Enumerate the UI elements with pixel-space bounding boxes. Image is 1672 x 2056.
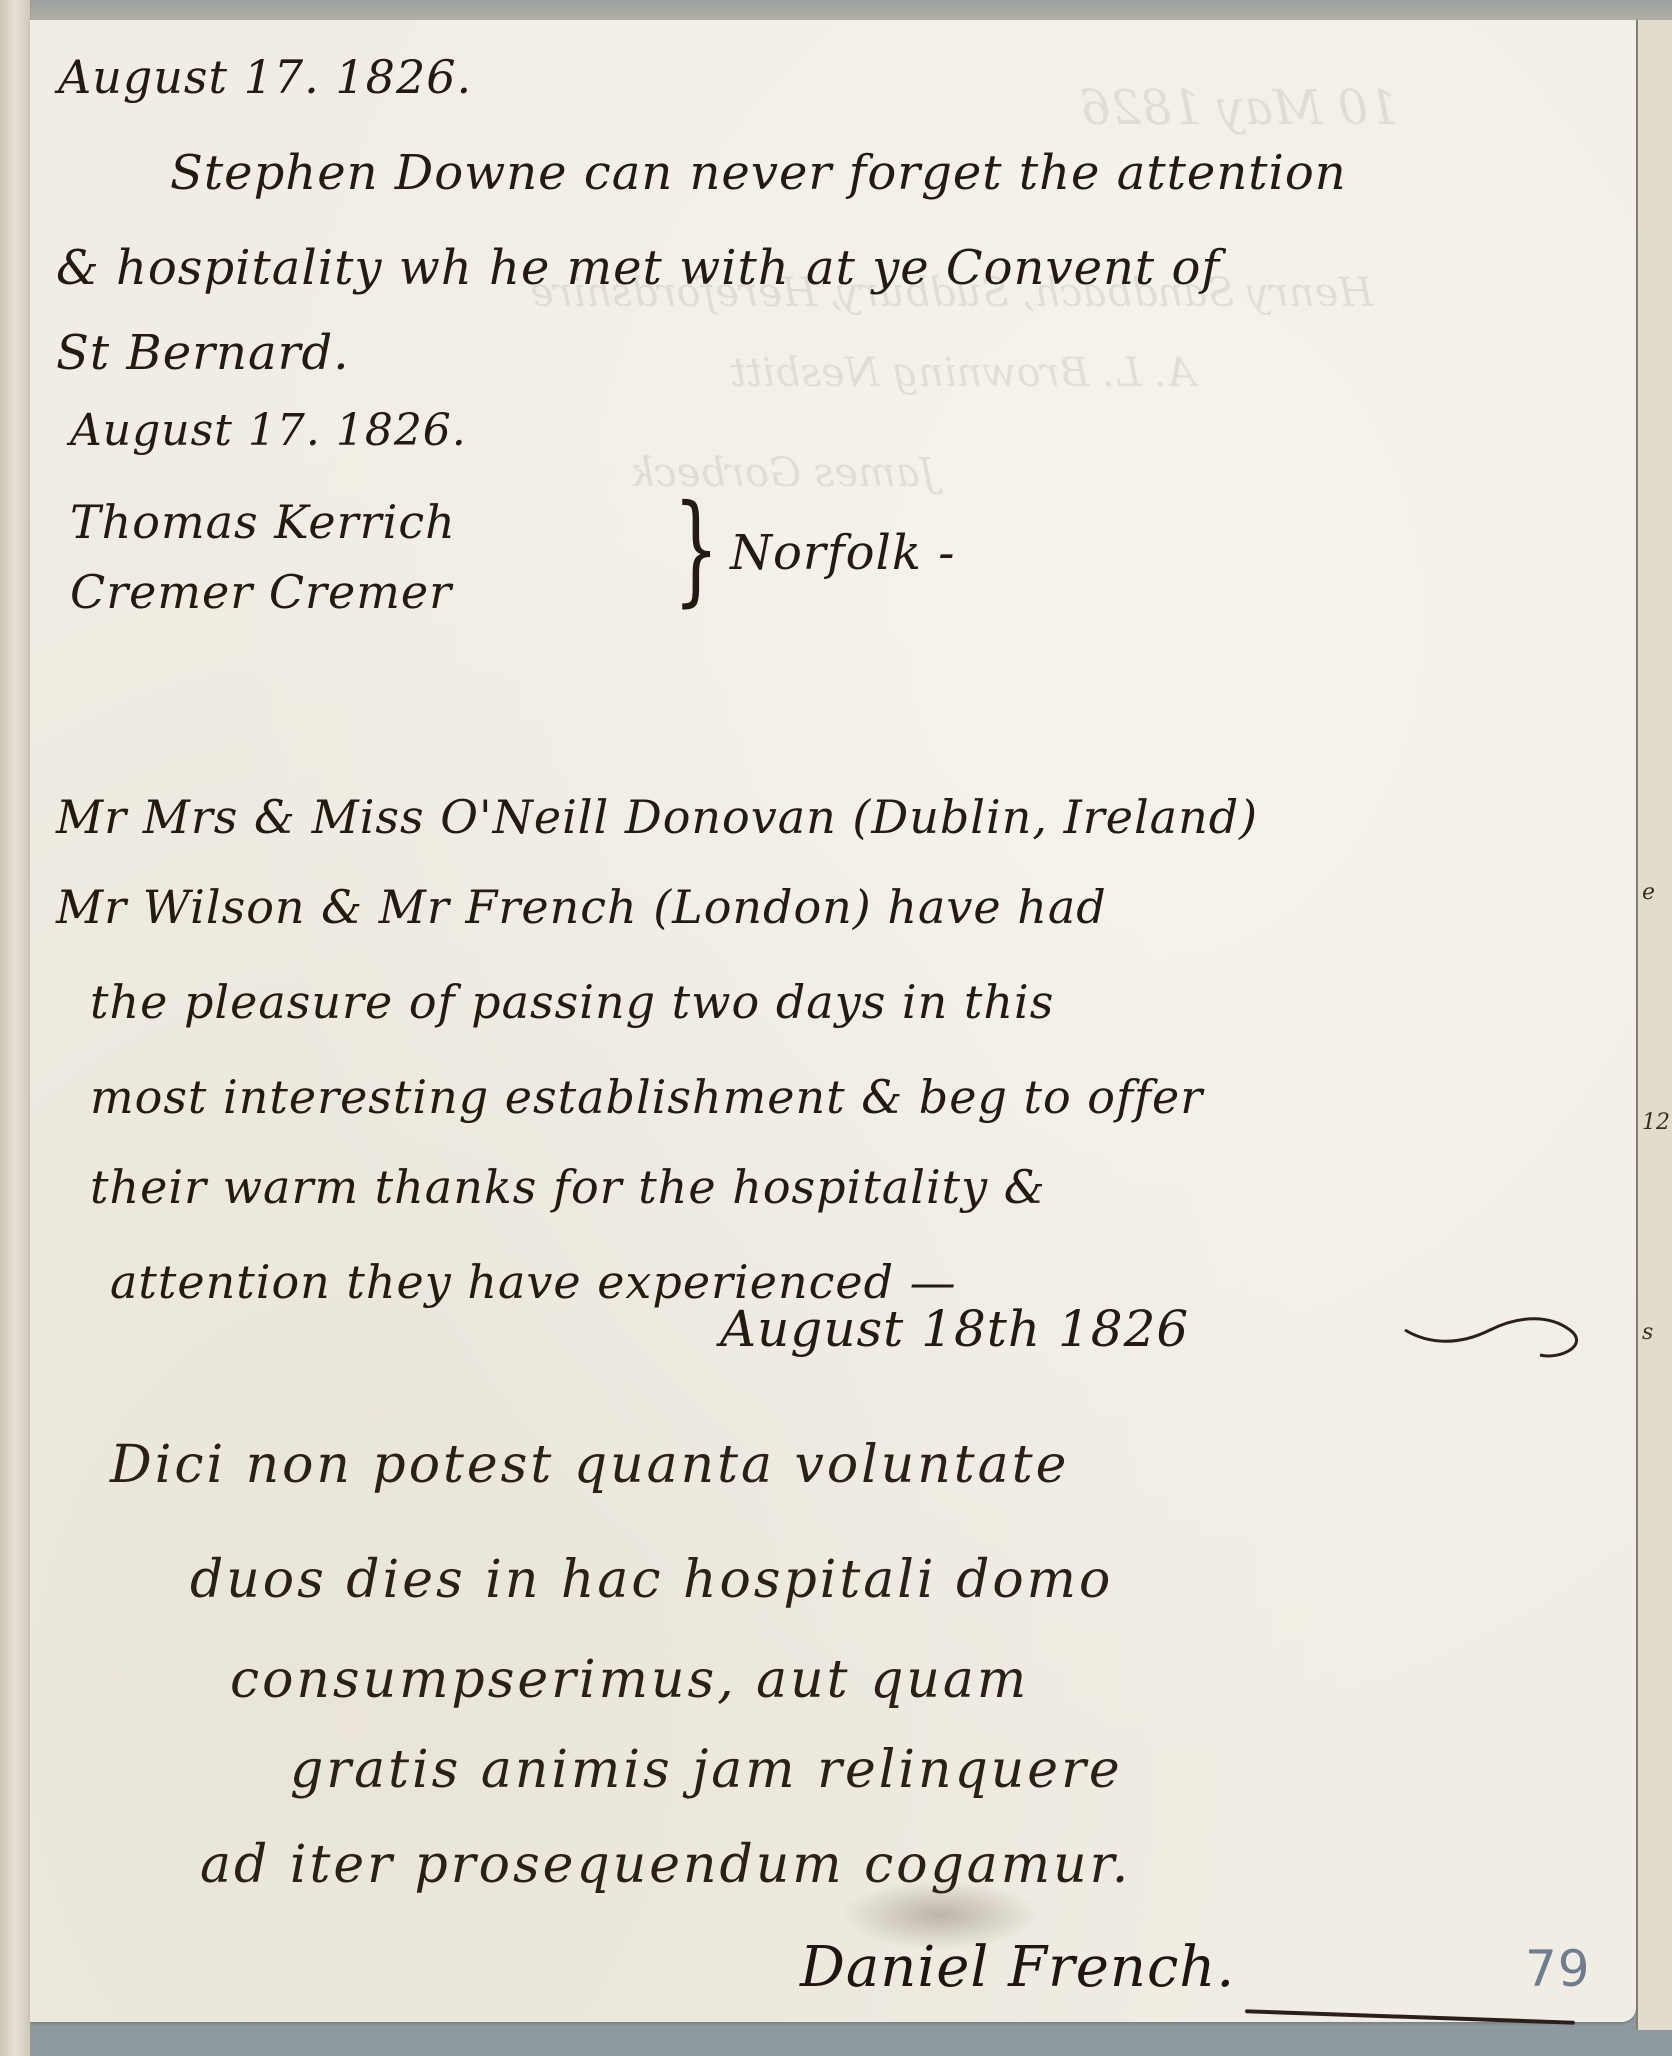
entry-text-line: St Bernard. <box>56 325 350 381</box>
entry-text-line: & hospitality wh he met with at ye Conve… <box>56 240 1220 296</box>
entry-text-line: the pleasure of passing two days in this <box>90 975 1054 1029</box>
entry-text-line: Mr Wilson & Mr French (London) have had <box>56 880 1107 934</box>
visitor-name: Cremer Cremer <box>70 565 452 619</box>
entry-date: August 18th 1826 <box>720 1300 1189 1358</box>
bleed-through-text: 10 May 1826 <box>1080 80 1399 136</box>
adjacent-leaf-mark: s <box>1642 1320 1653 1345</box>
adjacent-leaf-mark: 12 <box>1642 1110 1670 1135</box>
manuscript-page: 10 May 1826 Henry Sandbach, Sudbury, Her… <box>30 20 1636 2022</box>
entry-text-line: most interesting establishment & beg to … <box>90 1070 1203 1124</box>
signature: Daniel French. <box>800 1935 1235 2000</box>
entry-text-line: Dici non potest quanta voluntate <box>110 1435 1069 1495</box>
book-binding <box>0 0 31 2056</box>
entry-date: August 17. 1826. <box>58 50 472 104</box>
curly-brace-icon: } <box>673 490 719 610</box>
page-number: 79 <box>1525 1940 1591 1998</box>
adjacent-leaf-mark: e <box>1642 880 1655 905</box>
entry-text-line: Mr Mrs & Miss O'Neill Donovan (Dublin, I… <box>56 790 1258 844</box>
entry-text-line: consumpserimus, aut quam <box>230 1650 1029 1710</box>
adjacent-leaf-edge: e 12 s <box>1636 20 1672 2030</box>
entry-text-line: Stephen Downe can never forget the atten… <box>170 145 1347 201</box>
bleed-through-text: A. L. Browning Nesbitt <box>730 350 1196 396</box>
entry-text-line: duos dies in hac hospitali domo <box>190 1550 1113 1610</box>
entry-text-line: their warm thanks for the hospitality & <box>90 1160 1046 1214</box>
visitor-place: Norfolk - <box>730 525 955 581</box>
flourish-icon <box>1400 1310 1580 1370</box>
visitor-name: Thomas Kerrich <box>70 495 456 549</box>
entry-text-line: gratis animis jam relinquere <box>290 1740 1123 1800</box>
entry-date: August 17. 1826. <box>70 405 467 456</box>
signature-underline <box>1245 2009 1575 2025</box>
